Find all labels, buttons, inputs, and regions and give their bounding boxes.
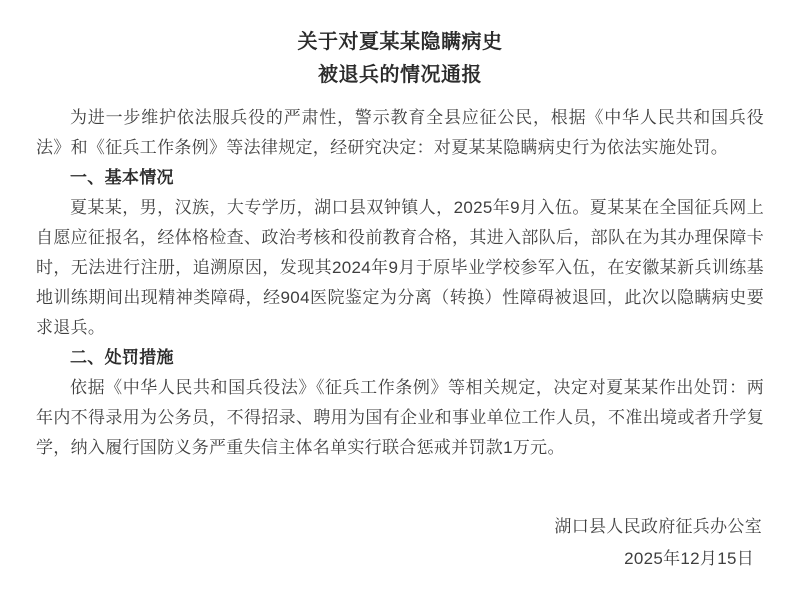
section-1-body: 夏某某，男，汉族，大专学历，湖口县双钟镇人，2025年9月入伍。夏某某在全国征兵… (36, 193, 764, 343)
section-1-heading: 一、基本情况 (36, 163, 764, 193)
intro-paragraph: 为进一步维护依法服兵役的严肃性，警示教育全县应征公民，根据《中华人民共和国兵役法… (36, 103, 764, 163)
signature-date: 2025年12月15日 (36, 543, 762, 575)
title-line-1: 关于对夏某某隐瞒病史 (36, 26, 764, 59)
notice-document: 关于对夏某某隐瞒病史 被退兵的情况通报 为进一步维护依法服兵役的严肃性，警示教育… (0, 0, 800, 616)
section-2-body: 依据《中华人民共和国兵役法》《征兵工作条例》等相关规定，决定对夏某某作出处罚：两… (36, 373, 764, 463)
signature-block: 湖口县人民政府征兵办公室 2025年12月15日 (36, 511, 764, 575)
section-2-heading: 二、处罚措施 (36, 343, 764, 373)
signature-org: 湖口县人民政府征兵办公室 (36, 511, 762, 543)
title-line-2: 被退兵的情况通报 (36, 59, 764, 92)
document-title: 关于对夏某某隐瞒病史 被退兵的情况通报 (36, 26, 764, 92)
